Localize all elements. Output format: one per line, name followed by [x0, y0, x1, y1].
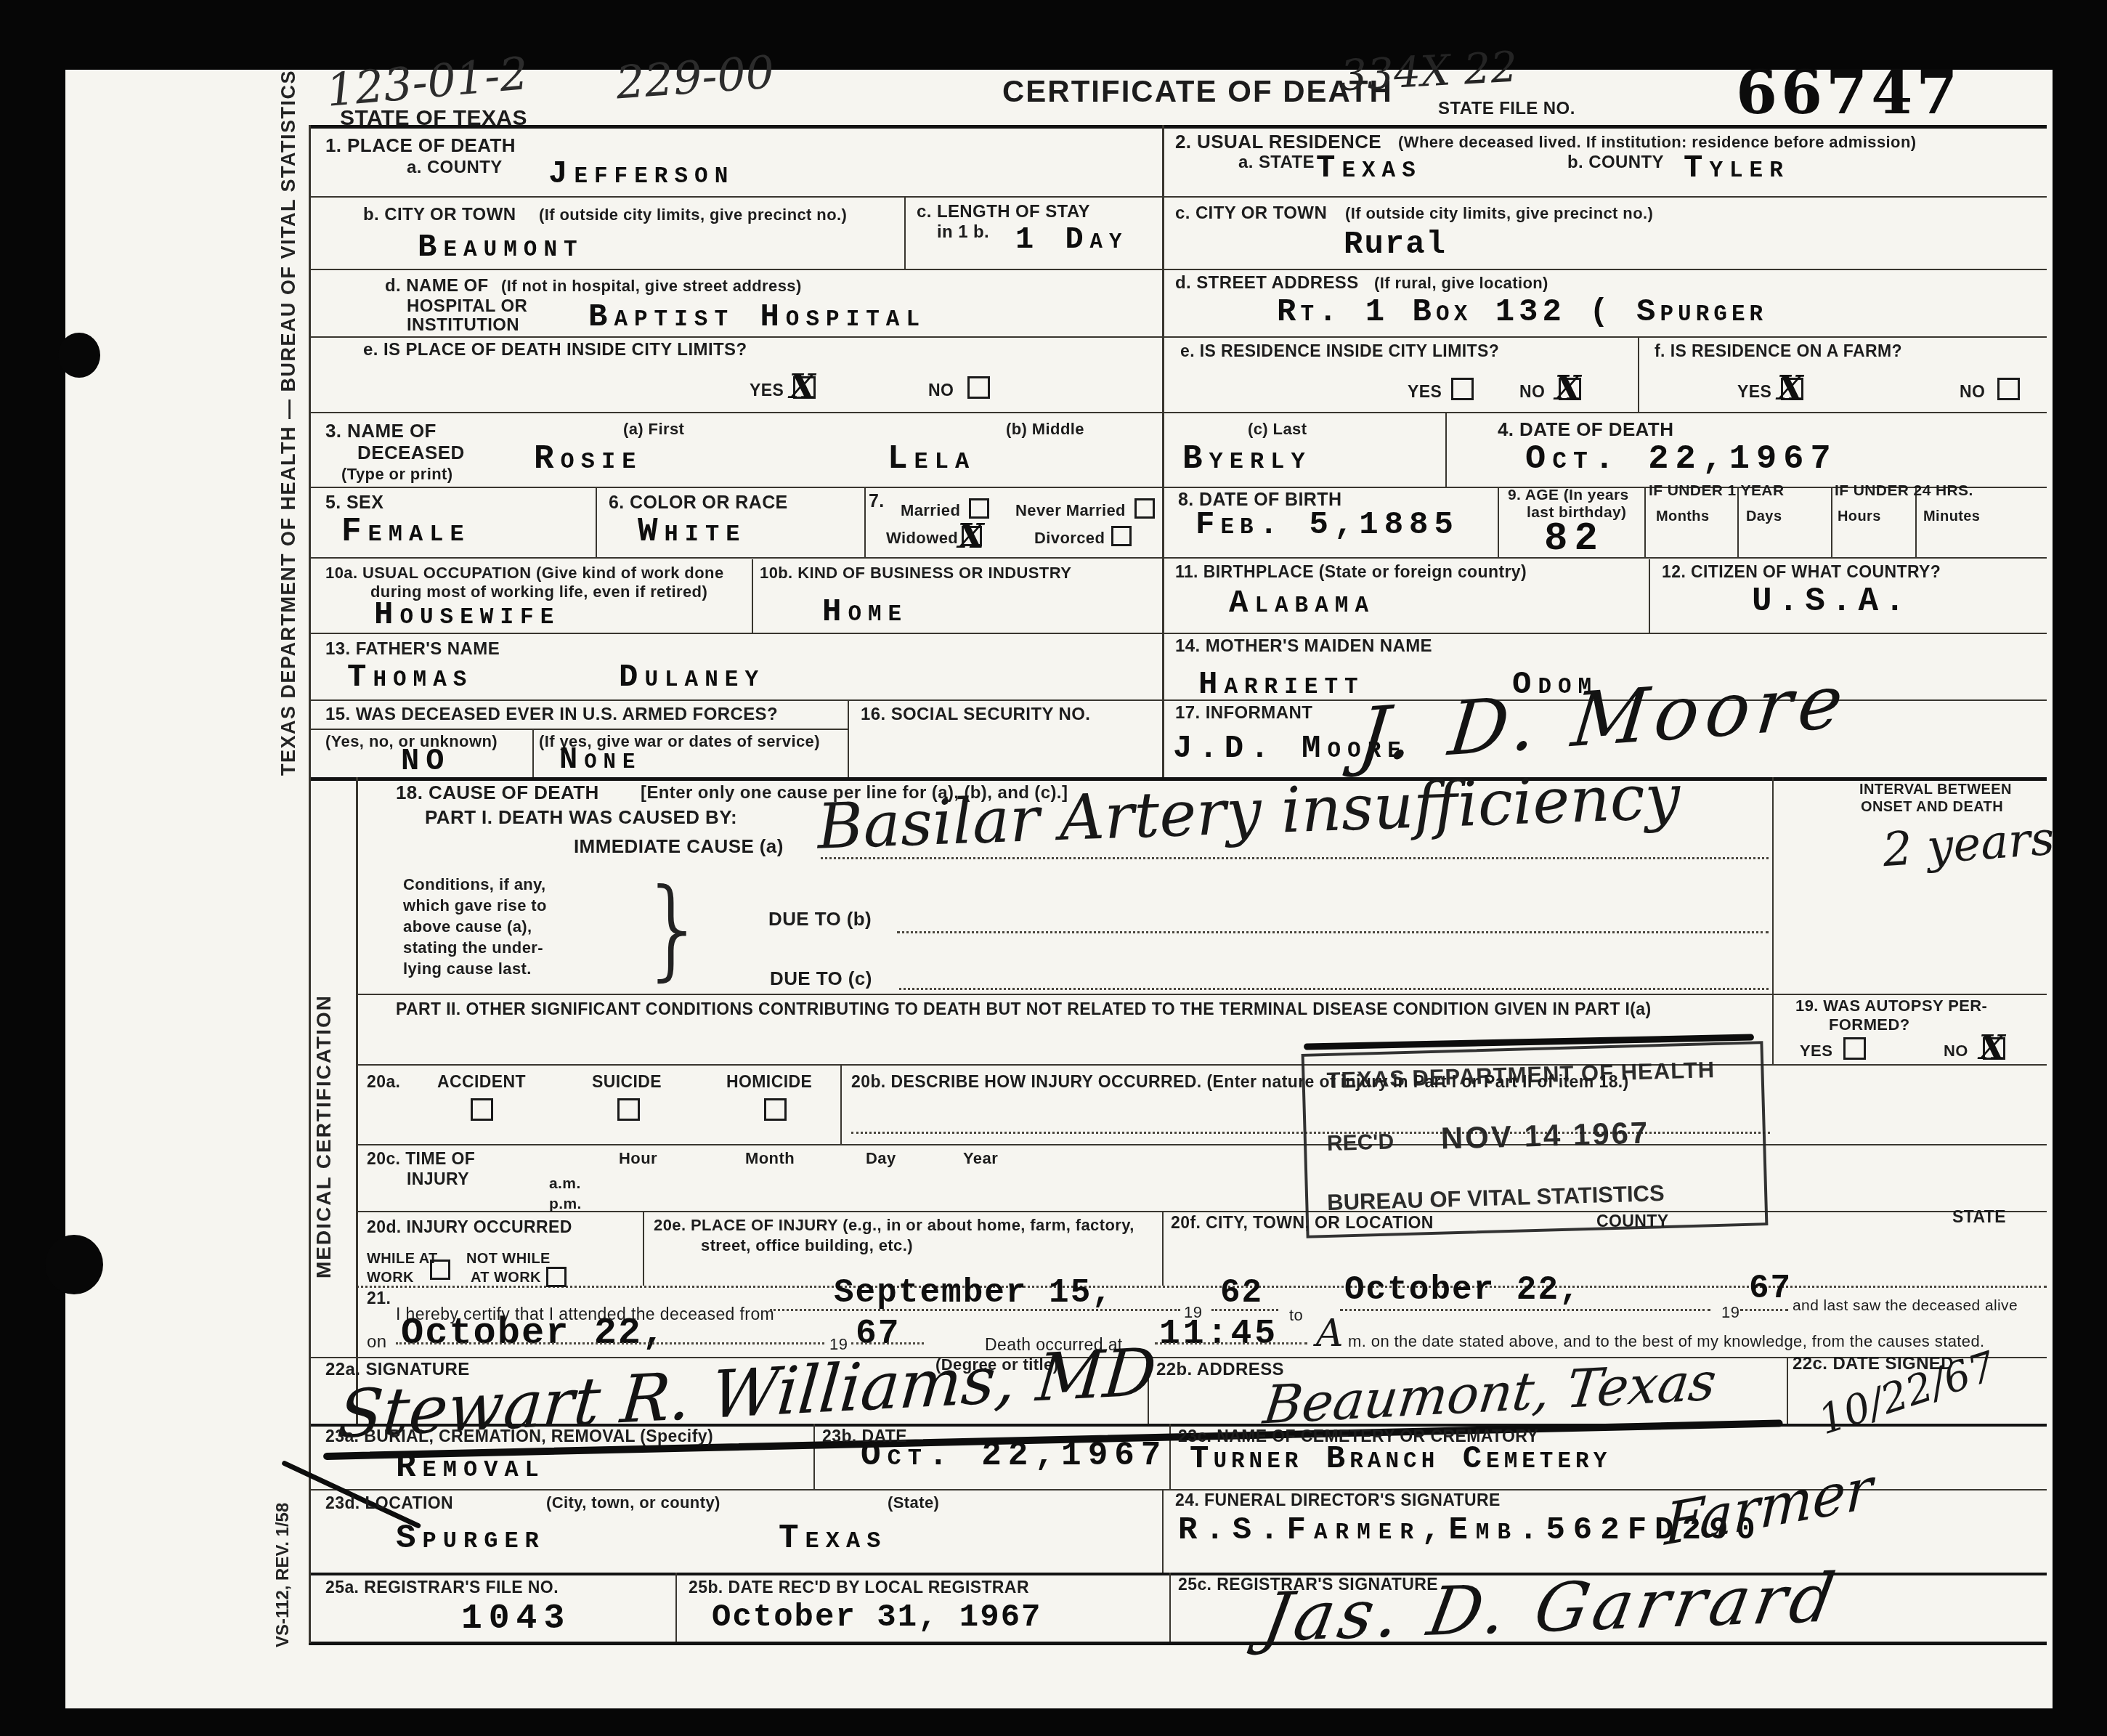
sex-value: Female [341, 513, 471, 551]
res-no-mark: X [1555, 368, 1581, 407]
day-label: Day [866, 1149, 896, 1168]
city-hint: (If outside city limits, give precinct n… [539, 206, 847, 224]
rule [770, 1309, 1180, 1311]
farm-no-checkbox [1997, 378, 2020, 400]
hospital-label-2: HOSPITAL OR [407, 296, 527, 317]
rule [309, 729, 848, 730]
farm-yes-label: YES [1737, 382, 1771, 402]
birthplace-value: Alabama [1229, 585, 1375, 622]
autopsy-no-label: NO [1944, 1042, 1968, 1060]
name-hint: (Type or print) [341, 465, 452, 484]
part2-label: PART II. OTHER SIGNIFICANT CONDITIONS CO… [396, 999, 1652, 1019]
rule [899, 988, 1769, 990]
age-label-1: 9. AGE (In years [1508, 487, 1629, 504]
stamp-recd-label: REC'D [1327, 1129, 1394, 1156]
attended-to-date: October 22, [1344, 1271, 1581, 1309]
farm-no-label: NO [1960, 382, 1985, 402]
time-of-death-value: 11:45 [1159, 1315, 1278, 1354]
burial-date-value: Oct. 22,1967 [861, 1437, 1167, 1475]
married-checkbox [969, 498, 989, 519]
married-label: Married [901, 501, 960, 520]
divider-line [643, 1211, 644, 1286]
business-value: Home [822, 594, 908, 630]
am-label: a.m. [549, 1175, 581, 1193]
margin-form-code: VS-112, REV. 1/58 [273, 1503, 293, 1647]
residence-county-label: b. COUNTY [1567, 153, 1664, 173]
business-label: 10b. KIND OF BUSINESS OR INDUSTRY [760, 564, 1071, 583]
divider-line [1787, 1357, 1788, 1424]
hospital-label-3: INSTITUTION [407, 315, 519, 336]
residence-state-label: a. STATE [1238, 153, 1315, 173]
state-file-no-label: STATE FILE NO. [1438, 99, 1575, 119]
pod-no-label: NO [928, 381, 954, 400]
res-yes-checkbox [1451, 378, 1474, 400]
registrar-file-value: 1043 [461, 1599, 571, 1639]
address-label: 22b. ADDRESS [1156, 1360, 1284, 1380]
date-of-death-label: 4. DATE OF DEATH [1498, 418, 1673, 441]
while-work-label: WORK [367, 1270, 414, 1286]
rule [309, 633, 2047, 634]
conditions-line-4: stating the under- [403, 938, 543, 957]
divider-line [840, 1064, 842, 1144]
stamp-agency-line: TEXAS DEPARTMENT OF HEALTH [1326, 1057, 1715, 1094]
homicide-checkbox [764, 1098, 787, 1121]
armed-forces-label: 15. WAS DECEASED EVER IN U.S. ARMED FORC… [325, 705, 778, 725]
rule [309, 336, 2047, 338]
fathers-first-value: Thomas [347, 660, 473, 696]
informant-label: 17. INFORMANT [1175, 703, 1312, 723]
last-name-label: (c) Last [1248, 420, 1307, 439]
rule [897, 931, 1769, 933]
first-name-value: Rosie [534, 440, 642, 478]
rule [356, 1211, 2047, 1212]
homicide-label: HOMICIDE [726, 1072, 812, 1092]
rule [309, 412, 2047, 413]
widowed-mark: X [958, 516, 984, 556]
if-under-1-year-label: IF UNDER 1 YEAR [1649, 482, 1784, 500]
rule [309, 269, 2047, 270]
ssn-label: 16. SOCIAL SECURITY NO. [861, 705, 1090, 725]
rule [309, 557, 2047, 559]
name-label-2: DECEASED [357, 442, 465, 464]
conditions-line-1: Conditions, if any, [403, 875, 546, 894]
cemetery-value: Turner Branch Cemetery [1190, 1441, 1611, 1477]
registrar-recd-value: October 31, 1967 [712, 1599, 1042, 1636]
rule [356, 1286, 2047, 1288]
border-line [356, 777, 358, 1424]
stamp-date: NOV 14 1967 [1440, 1116, 1650, 1156]
first-name-label: (a) First [623, 420, 684, 439]
rule [309, 196, 2047, 198]
place-of-death-title: 1. PLACE OF DEATH [325, 134, 516, 157]
divider-line [752, 559, 753, 633]
divider-line [1162, 1211, 1164, 1286]
not-while-at-work-checkbox [546, 1267, 567, 1287]
pod-yes-checkbox: X [793, 376, 816, 399]
cause-of-death-label: 18. CAUSE OF DEATH [396, 782, 599, 804]
divider-line [813, 1424, 815, 1489]
divider-line [1162, 1489, 1164, 1573]
while-at-work-checkbox [430, 1260, 450, 1280]
race-label: 6. COLOR OR RACE [609, 492, 788, 514]
divider-line [532, 729, 534, 777]
occupation-label-1: 10a. USUAL OCCUPATION (Give kind of work… [325, 564, 724, 583]
accident-label: ACCIDENT [437, 1072, 526, 1092]
penciled-file-code: 334X 22 [1339, 42, 1518, 101]
pod-city-limits-label: e. IS PLACE OF DEATH INSIDE CITY LIMITS? [363, 340, 747, 360]
mothers-first-value: Harriett [1198, 667, 1365, 703]
street-address-label: d. STREET ADDRESS [1175, 273, 1359, 293]
citizen-value: U.S.A. [1752, 583, 1912, 620]
months-label: Months [1656, 508, 1710, 525]
rule [1155, 1342, 1307, 1344]
due-to-b-label: DUE TO (b) [768, 908, 872, 930]
street-address-value: Rt. 1 Box 132 ( Spurger [1277, 294, 1767, 330]
residence-city-limits-label: e. IS RESIDENCE INSIDE CITY LIMITS? [1180, 341, 1499, 361]
scanned-death-certificate: TEXAS DEPARTMENT OF HEALTH — BUREAU OF V… [0, 0, 2107, 1736]
year-label: Year [963, 1149, 998, 1168]
location-hint-city: (City, town, or county) [546, 1493, 720, 1512]
attended-to-year: 67 [1749, 1270, 1792, 1307]
if-under-24-hrs-label: IF UNDER 24 HRS. [1835, 482, 1973, 500]
registrar-file-label: 25a. REGISTRAR'S FILE NO. [325, 1578, 559, 1597]
funeral-director-label: 24. FUNERAL DIRECTOR'S SIGNATURE [1175, 1490, 1501, 1510]
immediate-cause-label: IMMEDIATE CAUSE (a) [574, 835, 784, 858]
middle-name-value: Lela [888, 440, 975, 478]
county-label: a. COUNTY [407, 158, 503, 178]
autopsy-no-mark: X [1979, 1028, 2005, 1067]
residence-state-value: Texas [1316, 150, 1422, 187]
border-line [309, 125, 2047, 129]
autopsy-label-2: FORMED? [1829, 1015, 1910, 1034]
widowed-label: Widowed [886, 529, 958, 548]
divorced-checkbox [1111, 526, 1132, 546]
residence-farm-label: f. IS RESIDENCE ON A FARM? [1655, 341, 1902, 361]
divider-line [904, 196, 906, 269]
fathers-name-label: 13. FATHER'S NAME [325, 639, 500, 660]
certify-text-3: m. on the date stated above, and to the … [1348, 1332, 1985, 1351]
divider-line [864, 487, 866, 557]
conditions-line-3: above cause (a), [403, 917, 532, 936]
date-of-birth-value: Feb. 5,1885 [1195, 507, 1459, 543]
divider-line [848, 699, 849, 777]
conditions-line-2: which gave rise to [403, 896, 547, 915]
res-no-checkbox: X [1559, 378, 1581, 400]
divider-line [1772, 777, 1774, 1064]
location-state-value: Texas [779, 1520, 887, 1557]
hospital-value: Baptist Hospital [588, 299, 926, 336]
health-department-received-stamp: TEXAS DEPARTMENT OF HEALTH REC'D NOV 14 … [1302, 1041, 1769, 1238]
city-value: Beaumont [418, 230, 584, 266]
name-label-1: 3. NAME OF [325, 420, 437, 442]
border-line [1162, 125, 1164, 777]
not-while-work-label: AT WORK [471, 1270, 541, 1286]
race-value: White [638, 513, 746, 551]
rule [356, 1144, 2047, 1145]
certificate-title: CERTIFICATE OF DEATH [1002, 74, 1393, 109]
month-label: Month [745, 1149, 795, 1168]
interval-label-2: ONSET AND DEATH [1861, 799, 2003, 816]
farm-yes-mark: X [1777, 368, 1803, 407]
divider-line [1831, 487, 1832, 557]
autopsy-no-checkbox: X [1983, 1037, 2005, 1060]
autopsy-yes-checkbox [1843, 1037, 1866, 1060]
minutes-label: Minutes [1923, 508, 1980, 525]
conditions-brace: } [639, 866, 708, 992]
residence-city-hint: (If outside city limits, give precinct n… [1345, 204, 1653, 223]
item-20c-label-2: INJURY [407, 1169, 469, 1189]
penciled-code-b: 229-00 [614, 45, 776, 109]
pod-yes-label: YES [750, 381, 784, 400]
rule [356, 994, 2047, 995]
hospital-label-1: d. NAME OF [385, 276, 489, 296]
last-name-value: Byerly [1182, 440, 1312, 478]
punch-hole-bottom [45, 1235, 103, 1294]
attended-from-year: 62 [1220, 1274, 1263, 1312]
widowed-checkbox: X [962, 526, 982, 546]
suicide-checkbox [617, 1098, 640, 1121]
citizen-label: 12. CITIZEN OF WHAT COUNTRY? [1662, 562, 1941, 582]
days-label: Days [1746, 508, 1782, 525]
burial-value: Removal [396, 1448, 545, 1486]
suicide-label: SUICIDE [592, 1072, 662, 1092]
certify-text-2: and last saw the deceased alive [1793, 1297, 2018, 1315]
am-handwritten-mark: A [1316, 1312, 1344, 1355]
street-address-hint: (If rural, give location) [1374, 274, 1548, 293]
city-label: b. CITY OR TOWN [363, 205, 516, 225]
item-20a-label: 20a. [367, 1072, 400, 1092]
divider-line [675, 1573, 677, 1642]
location-hint-state: (State) [888, 1493, 939, 1512]
rule [396, 1342, 824, 1344]
location-label: 23d. LOCATION [325, 1493, 453, 1513]
pod-no-checkbox [967, 376, 990, 399]
state-column-label: STATE [1952, 1207, 2006, 1227]
margin-agency-text: TEXAS DEPARTMENT OF HEALTH — BUREAU OF V… [277, 70, 300, 776]
divider-line [1169, 1573, 1171, 1642]
part1-label: PART I. DEATH WAS CAUSED BY: [425, 806, 737, 829]
border-line [309, 1642, 2047, 1645]
rule [309, 487, 2047, 488]
punch-hole-top [58, 333, 100, 378]
margin-medical-certification-text: MEDICAL CERTIFICATION [312, 994, 336, 1278]
stamp-bureau-line: BUREAU OF VITAL STATISTICS [1327, 1180, 1665, 1216]
length-of-stay-value: 1 Day [1015, 222, 1128, 257]
autopsy-label-1: 19. WAS AUTOPSY PER- [1795, 997, 1987, 1015]
certify-19-b: 19 [1721, 1303, 1739, 1322]
certify-to-word: to [1289, 1306, 1303, 1325]
while-at-label: WHILE AT [367, 1251, 438, 1267]
occupation-value: Housewife [374, 597, 560, 633]
divorced-label: Divorced [1034, 529, 1105, 548]
sex-label: 5. SEX [325, 492, 383, 514]
birthplace-label: 11. BIRTHPLACE (State or foreign country… [1175, 562, 1527, 582]
border-line [309, 125, 311, 1643]
divider-line [1649, 559, 1650, 633]
autopsy-yes-label: YES [1800, 1042, 1832, 1060]
hours-label: Hours [1838, 508, 1881, 525]
rule [1340, 1309, 1710, 1311]
residence-city-label: c. CITY OR TOWN [1175, 203, 1327, 224]
last-alive-date: October 22, [401, 1312, 666, 1355]
county-value: Jefferson [548, 156, 734, 192]
middle-name-label: (b) Middle [1006, 420, 1084, 439]
divider-line [596, 487, 597, 557]
hospital-hint: (If not in hospital, give street address… [501, 277, 802, 296]
fathers-last-value: Dulaney [619, 660, 765, 696]
length-of-stay-sub: in 1 b. [937, 222, 989, 243]
pod-yes-mark: X [789, 367, 816, 406]
item-21-label: 21. [367, 1289, 391, 1308]
marital-label: 7. [869, 491, 885, 512]
res-yes-label: YES [1408, 382, 1442, 402]
never-married-checkbox [1134, 498, 1155, 519]
item-20e-label-1: 20e. PLACE OF INJURY (e.g., in or about … [654, 1216, 1134, 1235]
state-file-number: 66747 [1736, 58, 1961, 128]
hour-label: Hour [619, 1149, 657, 1168]
mothers-maiden-name-label: 14. MOTHER'S MAIDEN NAME [1175, 636, 1432, 657]
divider-line [1644, 487, 1646, 557]
interval-label-1: INTERVAL BETWEEN [1859, 782, 2012, 798]
residence-city-value: Rural [1344, 227, 1447, 263]
residence-county-value: Tyler [1684, 150, 1790, 187]
location-city-value: Spurger [396, 1520, 545, 1557]
rule [851, 1342, 924, 1344]
conditions-line-5: lying cause last. [403, 960, 532, 978]
divider-line [1445, 412, 1447, 487]
rule [356, 1064, 2047, 1066]
accident-checkbox [471, 1098, 493, 1121]
not-while-label: NOT WHILE [466, 1251, 551, 1267]
res-no-label: NO [1519, 382, 1545, 402]
item-20d-label: 20d. INJURY OCCURRED [367, 1217, 572, 1237]
date-of-death-value: Oct. 22,1967 [1525, 440, 1838, 479]
rule [1740, 1309, 1788, 1311]
residence-title-hint: (Where deceased lived. If institution: r… [1398, 133, 1916, 152]
age-value: 82 [1544, 517, 1604, 561]
attended-from-date: September 15, [834, 1274, 1113, 1312]
burial-label: 23a. BURIAL, CREMATION, REMOVAL (Specify… [325, 1427, 713, 1446]
divider-line [1498, 487, 1499, 557]
farm-yes-checkbox: X [1781, 378, 1803, 400]
registrar-recd-label: 25b. DATE REC'D BY LOCAL REGISTRAR [689, 1578, 1029, 1597]
due-to-c-label: DUE TO (c) [770, 968, 872, 990]
never-married-label: Never Married [1015, 501, 1126, 520]
pm-label: p.m. [549, 1196, 582, 1213]
divider-line [1638, 336, 1639, 412]
armed-forces-detail: None [559, 742, 641, 777]
certify-on-word: on [367, 1332, 387, 1352]
armed-forces-answer: NO [401, 744, 450, 779]
rule [1211, 1309, 1278, 1311]
item-20e-label-2: street, office building, etc.) [701, 1236, 913, 1255]
length-of-stay-label: c. LENGTH OF STAY [917, 202, 1090, 222]
item-20c-label-1: 20c. TIME OF [367, 1149, 475, 1169]
